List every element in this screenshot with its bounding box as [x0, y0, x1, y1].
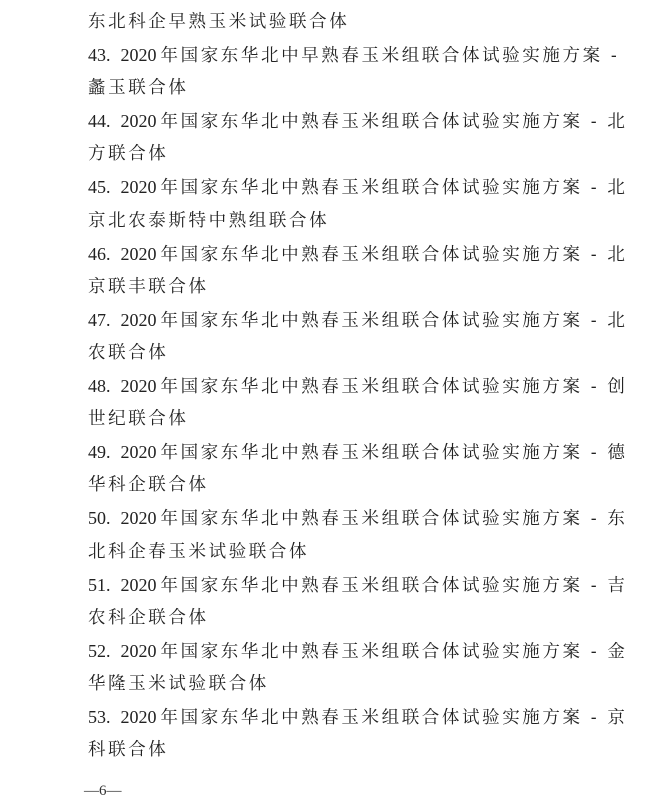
item-title: 年国家东华北中早熟春玉米组联合体试验实施方案 - — [161, 46, 620, 66]
item-year: 2020 — [121, 707, 157, 727]
item-number: 43. — [88, 45, 111, 65]
item-year: 2020 — [121, 177, 157, 197]
item-first-line: 50.2020年国家东华北中熟春玉米组联合体试验实施方案 - 东 — [88, 502, 564, 535]
item-second-line: 北科企春玉米试验联合体 — [88, 536, 564, 569]
item-second-line: 方联合体 — [88, 138, 564, 171]
item-number: 50. — [88, 508, 111, 528]
item-number: 49. — [88, 442, 111, 462]
item-first-line: 49.2020年国家东华北中熟春玉米组联合体试验实施方案 - 德 — [88, 436, 564, 469]
item-title: 年国家东华北中熟春玉米组联合体试验实施方案 - 德 — [161, 443, 628, 463]
item-second-line: 蠡玉联合体 — [88, 72, 564, 105]
list-item-46: 46.2020年国家东华北中熟春玉米组联合体试验实施方案 - 北 京联丰联合体 — [88, 238, 564, 304]
item-second-line: 农联合体 — [88, 337, 564, 370]
item-title: 年国家东华北中熟春玉米组联合体试验实施方案 - 创 — [161, 377, 628, 397]
item-year: 2020 — [121, 641, 157, 661]
item-title: 年国家东华北中熟春玉米组联合体试验实施方案 - 北 — [161, 311, 628, 331]
item-number: 53. — [88, 707, 111, 727]
list-item-47: 47.2020年国家东华北中熟春玉米组联合体试验实施方案 - 北 农联合体 — [88, 304, 564, 370]
item-second-line: 京联丰联合体 — [88, 271, 564, 304]
item-second-line: 华隆玉米试验联合体 — [88, 668, 564, 701]
item-first-line: 48.2020年国家东华北中熟春玉米组联合体试验实施方案 - 创 — [88, 370, 564, 403]
item-second-line: 世纪联合体 — [88, 403, 564, 436]
item-year: 2020 — [121, 244, 157, 264]
item-title: 年国家东华北中熟春玉米组联合体试验实施方案 - 北 — [161, 178, 628, 198]
document-body: 东北科企早熟玉米试验联合体 43.2020年国家东华北中早熟春玉米组联合体试验实… — [88, 6, 564, 767]
item-title: 年国家东华北中熟春玉米组联合体试验实施方案 - 金 — [161, 642, 628, 662]
item-number: 45. — [88, 177, 111, 197]
list-item-43: 43.2020年国家东华北中早熟春玉米组联合体试验实施方案 - 蠡玉联合体 — [88, 39, 564, 105]
item-second-line: 华科企联合体 — [88, 469, 564, 502]
item-second-line: 科联合体 — [88, 734, 564, 767]
item-second-line: 农科企联合体 — [88, 602, 564, 635]
item-first-line: 43.2020年国家东华北中早熟春玉米组联合体试验实施方案 - — [88, 39, 564, 72]
item-year: 2020 — [121, 575, 157, 595]
item-title: 年国家东华北中熟春玉米组联合体试验实施方案 - 北 — [161, 245, 628, 265]
item-number: 46. — [88, 244, 111, 264]
item-title: 年国家东华北中熟春玉米组联合体试验实施方案 - 北 — [161, 112, 628, 132]
item-first-line: 46.2020年国家东华北中熟春玉米组联合体试验实施方案 - 北 — [88, 238, 564, 271]
item-first-line: 53.2020年国家东华北中熟春玉米组联合体试验实施方案 - 京 — [88, 701, 564, 734]
item-year: 2020 — [121, 45, 157, 65]
document-page: 东北科企早熟玉米试验联合体 43.2020年国家东华北中早熟春玉米组联合体试验实… — [0, 0, 650, 811]
item-number: 48. — [88, 376, 111, 396]
list-item-44: 44.2020年国家东华北中熟春玉米组联合体试验实施方案 - 北 方联合体 — [88, 105, 564, 171]
item-first-line: 47.2020年国家东华北中熟春玉米组联合体试验实施方案 - 北 — [88, 304, 564, 337]
item-number: 52. — [88, 641, 111, 661]
item-year: 2020 — [121, 508, 157, 528]
item-title: 年国家东华北中熟春玉米组联合体试验实施方案 - 东 — [161, 509, 628, 529]
list-item-53: 53.2020年国家东华北中熟春玉米组联合体试验实施方案 - 京 科联合体 — [88, 701, 564, 767]
item-second-line: 京北农泰斯特中熟组联合体 — [88, 205, 564, 238]
page-number: —6— — [84, 783, 122, 800]
list-item-52: 52.2020年国家东华北中熟春玉米组联合体试验实施方案 - 金 华隆玉米试验联… — [88, 635, 564, 701]
item-first-line: 45.2020年国家东华北中熟春玉米组联合体试验实施方案 - 北 — [88, 171, 564, 204]
item-title: 年国家东华北中熟春玉米组联合体试验实施方案 - 吉 — [161, 576, 628, 596]
list-item-45: 45.2020年国家东华北中熟春玉米组联合体试验实施方案 - 北 京北农泰斯特中… — [88, 171, 564, 237]
item-number: 47. — [88, 310, 111, 330]
item-year: 2020 — [121, 376, 157, 396]
item-title: 年国家东华北中熟春玉米组联合体试验实施方案 - 京 — [161, 708, 628, 728]
item-first-line: 44.2020年国家东华北中熟春玉米组联合体试验实施方案 - 北 — [88, 105, 564, 138]
item-first-line: 52.2020年国家东华北中熟春玉米组联合体试验实施方案 - 金 — [88, 635, 564, 668]
list-item-50: 50.2020年国家东华北中熟春玉米组联合体试验实施方案 - 东 北科企春玉米试… — [88, 502, 564, 568]
item-year: 2020 — [121, 442, 157, 462]
item-year: 2020 — [121, 310, 157, 330]
list-item-49: 49.2020年国家东华北中熟春玉米组联合体试验实施方案 - 德 华科企联合体 — [88, 436, 564, 502]
item-first-line: 51.2020年国家东华北中熟春玉米组联合体试验实施方案 - 吉 — [88, 569, 564, 602]
item-number: 44. — [88, 111, 111, 131]
item-number: 51. — [88, 575, 111, 595]
list-item-48: 48.2020年国家东华北中熟春玉米组联合体试验实施方案 - 创 世纪联合体 — [88, 370, 564, 436]
continuation-line: 东北科企早熟玉米试验联合体 — [88, 6, 564, 39]
item-year: 2020 — [121, 111, 157, 131]
list-item-51: 51.2020年国家东华北中熟春玉米组联合体试验实施方案 - 吉 农科企联合体 — [88, 569, 564, 635]
